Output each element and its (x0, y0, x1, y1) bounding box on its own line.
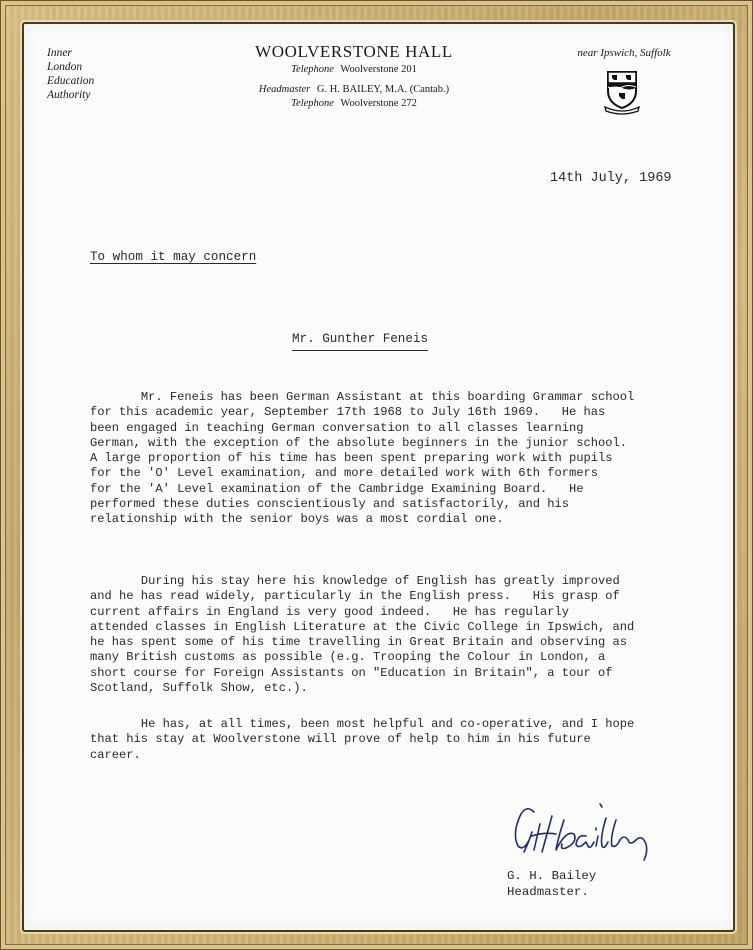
body-paragraph-2: During his stay here his knowledge of En… (90, 574, 720, 696)
letterhead-center: WOOLVERSTONE HALL Telephone Woolverstone… (204, 41, 504, 111)
body-paragraph-1: Mr. Feneis has been German Assistant at … (90, 390, 720, 528)
telephone-number-2: Woolverstone 272 (340, 98, 416, 109)
telephone-label: Telephone (291, 98, 334, 109)
telephone-label: Telephone (291, 64, 334, 75)
authority-line: Inner (47, 46, 94, 60)
signatory-title: Headmaster. (507, 885, 596, 901)
headmaster-label: Headmaster (259, 84, 310, 95)
school-name: WOOLVERSTONE HALL (204, 41, 504, 63)
location-text: near Ipswich, Suffolk (554, 47, 694, 59)
body-paragraph-3: He has, at all times, been most helpful … (90, 717, 720, 763)
authority-line: London (47, 60, 94, 74)
telephone-line-2: Telephone Woolverstone 272 (204, 97, 504, 111)
letter-subject: Mr. Gunther Feneis (292, 332, 428, 351)
signatory-block: G. H. Bailey Headmaster. (507, 869, 596, 900)
headmaster-line: Headmaster G. H. BAILEY, M.A. (Cantab.) (204, 83, 504, 97)
telephone-number-1: Woolverstone 201 (340, 64, 416, 75)
salutation: To whom it may concern (90, 250, 256, 264)
headmaster-name: G. H. BAILEY, M.A. (Cantab.) (317, 84, 449, 95)
authority-line: Education (47, 74, 94, 88)
handwritten-signature-icon (504, 794, 664, 864)
letter-date: 14th July, 1969 (550, 171, 672, 186)
authority-block: Inner London Education Authority (47, 46, 94, 102)
school-crest-icon (602, 69, 642, 115)
signatory-name: G. H. Bailey (507, 869, 596, 885)
telephone-line-1: Telephone Woolverstone 201 (204, 63, 504, 77)
authority-line: Authority (47, 88, 94, 102)
letter-paper: Inner London Education Authority WOOLVER… (22, 22, 735, 932)
